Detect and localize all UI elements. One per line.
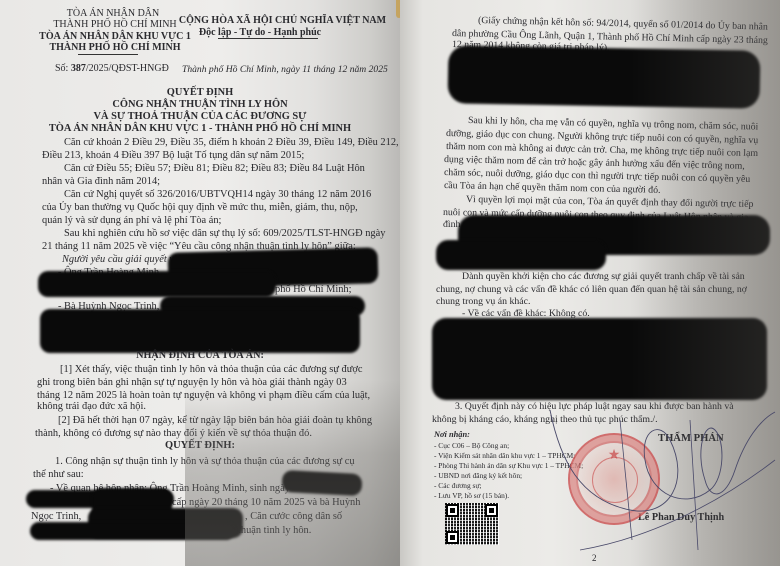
court-name-line4: THÀNH PHỐ HỒ CHÍ MINH	[30, 42, 200, 54]
court-name-line2: THÀNH PHỐ HỒ CHÍ MINH	[40, 19, 190, 31]
finding-line: thành, không có đương sự nào thay đổi ý …	[35, 427, 312, 440]
divider	[218, 38, 318, 39]
redaction-block	[30, 522, 235, 540]
doc-title: QUYẾT ĐỊNH	[0, 87, 400, 98]
recipient-item: - Cục C06 – Bộ Công an;	[434, 441, 509, 450]
finding-line: không trái đạo đức xã hội.	[37, 400, 146, 413]
number-prefix: Số:	[55, 63, 68, 74]
qr-finder	[446, 504, 459, 517]
recipient-item: - Lưu VP, hồ sơ (15 bản).	[434, 491, 509, 500]
doc-title-line3: VÀ SỰ THOẢ THUẬN CỦA CÁC ĐƯƠNG SỰ	[0, 111, 400, 122]
decision-heading: QUYẾT ĐỊNH:	[0, 440, 400, 451]
finding-line: ghi trong biên bản ghi nhận sự tự nguyện…	[37, 376, 347, 389]
ground-line: Sau khi nghiên cứu hồ sơ việc dân sự thụ…	[64, 227, 385, 240]
qr-finder	[446, 531, 459, 544]
redaction-block	[436, 240, 606, 270]
redaction-block	[432, 318, 767, 400]
redaction-block	[448, 45, 761, 108]
marriage-line: , Căn cước công dân số	[245, 510, 342, 523]
decision-line: thể như sau:	[33, 468, 84, 481]
document-page-1: TÒA ÁN NHÂN DÂN THÀNH PHỐ HỒ CHÍ MINH TÒ…	[0, 0, 402, 566]
signature-scribble	[520, 400, 780, 566]
redaction-block	[40, 309, 360, 353]
marriage-line: thuận tình ly hôn.	[238, 524, 311, 537]
court-name-line3: TÒA ÁN NHÂN DÂN KHU VỰC 1	[30, 31, 200, 43]
ground-line: Căn cứ khoản 2 Điều 29, Điều 35, điểm h …	[64, 136, 399, 149]
qr-finder	[485, 504, 498, 517]
decision-line: 1. Công nhận sự thuận tình ly hôn và sự …	[55, 455, 355, 468]
findings-heading: NHẬN ĐỊNH CỦA TÒA ÁN:	[0, 350, 400, 361]
finding-line: [2] Đã hết thời hạn 07 ngày, kể từ ngày …	[58, 414, 372, 427]
doc-title-line2: CÔNG NHẬN THUẬN TÌNH LY HÔN	[0, 99, 400, 110]
court-name-line1: TÒA ÁN NHÂN DÂN	[58, 8, 168, 20]
ground-line: nhân và Gia đình năm 2014;	[42, 175, 160, 188]
doc-title-line4: TÒA ÁN NHÂN DÂN KHU VỰC 1 - THÀNH PHỐ HỒ…	[0, 123, 400, 134]
recipient-item: - Các đương sự;	[434, 481, 481, 490]
qr-code	[445, 503, 499, 545]
finding-line: [1] Xét thấy, việc thuận tình ly hôn và …	[60, 363, 362, 376]
ground-line: Điều 213, khoản 4 Điều 397 Bộ luật Tố tụ…	[42, 149, 304, 162]
redaction-block	[38, 271, 276, 297]
nation-name: CỘNG HÒA XÃ HỘI CHỦ NGHĨA VIỆT NAM	[175, 15, 390, 27]
divider	[78, 54, 138, 55]
recipients-heading: Nơi nhận:	[434, 430, 470, 439]
redaction-block	[281, 470, 362, 496]
ground-line: Căn cứ Nghị quyết số 326/2016/UBTVQH14 n…	[64, 188, 371, 201]
number-suffix: /2025/QĐST-HNGĐ	[86, 63, 169, 74]
ground-line: Căn cứ Điều 55; Điều 57; Điều 81; Điều 8…	[64, 162, 365, 175]
number-value: 387	[71, 63, 86, 74]
ground-line: của Ủy ban thường vụ Quốc hội quy định v…	[42, 201, 358, 214]
ground-line: quản lý và sử dụng án phí và lệ phí Tòa …	[42, 214, 221, 227]
property-line: Dành quyền khởi kiện cho các đương sự gi…	[462, 270, 745, 283]
nation-motto: Độc lập - Tự do - Hạnh phúc	[195, 27, 325, 39]
recipient-item: - UBND nơi đăng ký kết hôn;	[434, 471, 522, 480]
place-date: Thành phố Hồ Chí Minh, ngày 11 tháng 12 …	[182, 64, 388, 75]
decision-number: Số: 387/2025/QĐST-HNGĐ	[55, 63, 169, 74]
